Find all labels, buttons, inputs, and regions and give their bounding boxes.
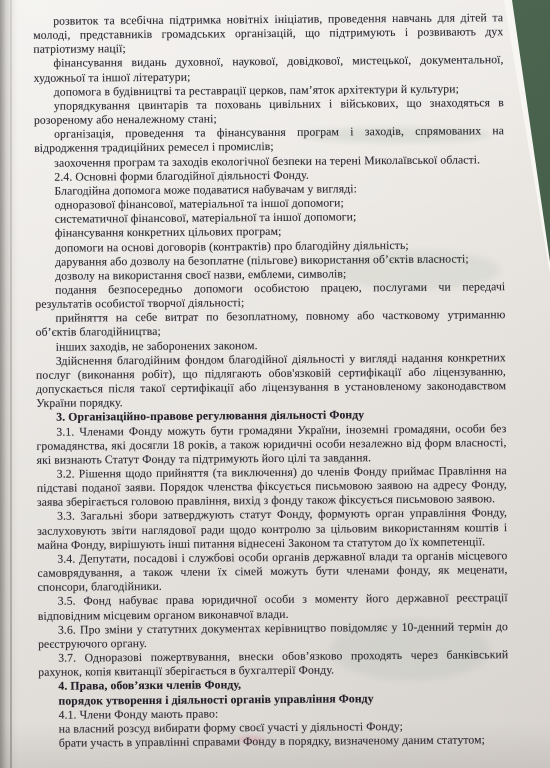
paragraph: прийняття на себе витрат по безоплатному… xyxy=(35,308,505,340)
paragraph: 3.4. Депутати, посадові і службові особи… xyxy=(37,549,507,595)
paragraph: подання безпосередньо допомоги особистою… xyxy=(35,280,505,312)
paragraph: упорядкування цвинтарів та поховань циві… xyxy=(34,96,504,128)
paragraph: 3.1. Членами Фонду можуть бути громадяни… xyxy=(36,422,506,468)
page-crease xyxy=(10,0,12,768)
paragraph: організація, проведення та фінансування … xyxy=(34,124,504,156)
paragraph: 3.6. Про зміни у статутних документах ке… xyxy=(38,620,508,652)
paragraph: 3.7. Одноразові пожертвування, внески об… xyxy=(38,648,508,680)
paragraph: Здійснення благодійним фондом благодійно… xyxy=(36,351,506,411)
page-edge-shadow xyxy=(0,0,18,768)
paragraph: розвиток та всебічна підтримка новітніх … xyxy=(33,11,503,57)
photo-scene: розвиток та всебічна підтримка новітніх … xyxy=(0,0,550,768)
document-text: розвиток та всебічна підтримка новітніх … xyxy=(33,11,509,751)
document-page: розвиток та всебічна підтримка новітніх … xyxy=(0,0,550,768)
paragraph: 3.2. Рішення щодо прийняття (та виключен… xyxy=(37,464,507,510)
paragraph: фінансування видань духовної, наукової, … xyxy=(33,54,503,86)
paragraph: 3.5. Фонд набуває права юридичної особи … xyxy=(38,592,508,624)
paragraph: 3.3. Загальні збори затверджують статут … xyxy=(37,507,507,553)
